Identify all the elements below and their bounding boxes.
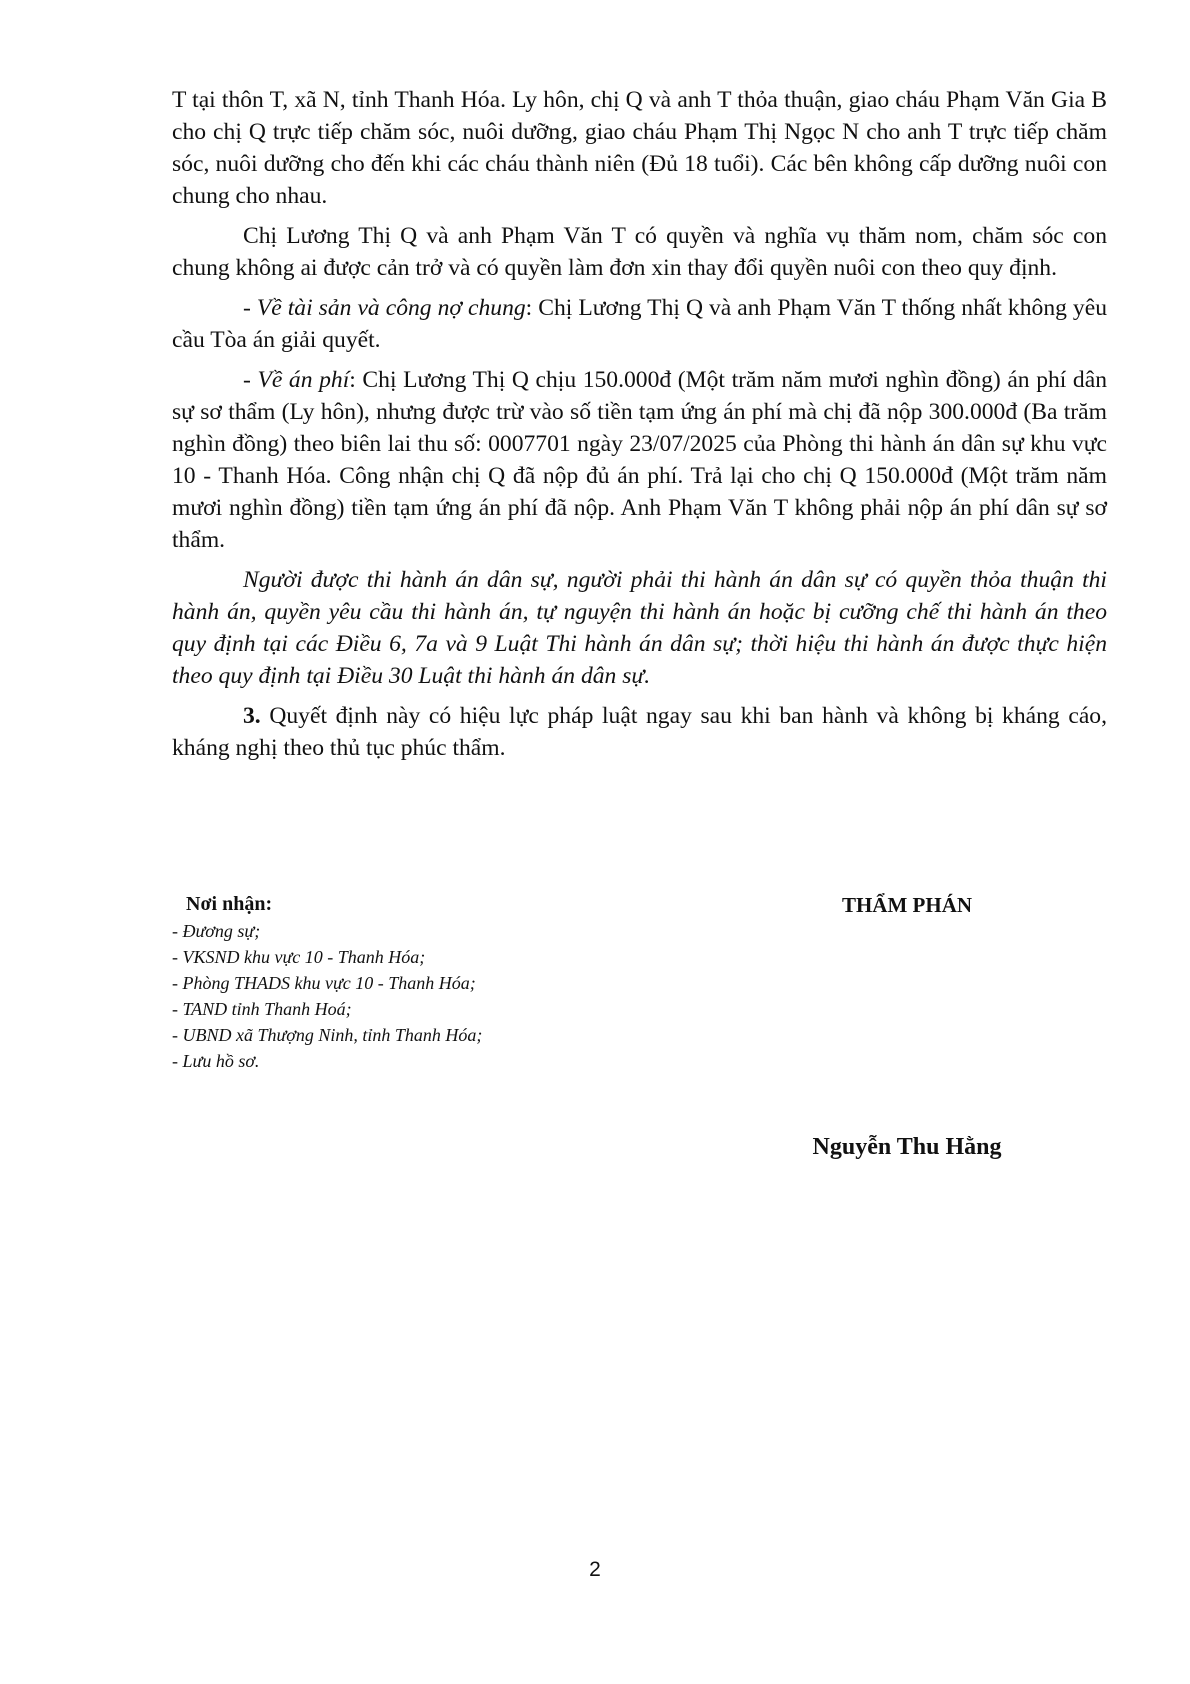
recipients-block: Nơi nhận: - Đương sự; - VKSND khu vực 10… (172, 890, 692, 1074)
recipient-item: - UBND xã Thượng Ninh, tỉnh Thanh Hóa; (172, 1022, 692, 1048)
paragraph-text: Quyết định này có hiệu lực pháp luật nga… (172, 703, 1107, 761)
paragraph-property-debts: - Về tài sản và công nợ chung: Chị Lương… (172, 292, 1107, 356)
recipient-item: - VKSND khu vực 10 - Thanh Hóa; (172, 944, 692, 970)
recipients-title: Nơi nhận: (172, 890, 692, 918)
page-number: 2 (0, 1556, 1190, 1584)
signer-role: THẨM PHÁN (757, 890, 1057, 920)
paragraph-custody: T tại thôn T, xã N, tỉnh Thanh Hóa. Ly h… (172, 84, 1107, 212)
recipients-list: - Đương sự; - VKSND khu vực 10 - Thanh H… (172, 918, 692, 1074)
paragraph-visitation-rights: Chị Lương Thị Q và anh Phạm Văn T có quy… (172, 220, 1107, 284)
document-body: T tại thôn T, xã N, tỉnh Thanh Hóa. Ly h… (172, 84, 1107, 772)
recipient-item: - Đương sự; (172, 918, 692, 944)
paragraph-court-fees: - Về án phí: Chị Lương Thị Q chịu 150.00… (172, 364, 1107, 556)
paragraph-text: Chị Lương Thị Q và anh Phạm Văn T có quy… (172, 223, 1107, 281)
paragraph-enforcement-note: Người được thi hành án dân sự, người phả… (172, 564, 1107, 692)
paragraph-effectiveness: 3. Quyết định này có hiệu lực pháp luật … (172, 700, 1107, 764)
recipient-item: - TAND tỉnh Thanh Hoá; (172, 996, 692, 1022)
paragraph-text: T tại thôn T, xã N, tỉnh Thanh Hóa. Ly h… (172, 87, 1107, 209)
paragraph-text: Người được thi hành án dân sự, người phả… (172, 567, 1107, 689)
paragraph-text: 3. (243, 703, 261, 729)
paragraph-text: : Chị Lương Thị Q chịu 150.000đ (Một tră… (172, 367, 1107, 553)
recipient-item: - Lưu hồ sơ. (172, 1048, 692, 1074)
document-page: T tại thôn T, xã N, tỉnh Thanh Hóa. Ly h… (0, 0, 1190, 1684)
signer-name: Nguyễn Thu Hằng (757, 1130, 1057, 1164)
paragraph-text: - Về án phí (243, 367, 349, 393)
recipient-item: - Phòng THADS khu vực 10 - Thanh Hóa; (172, 970, 692, 996)
paragraph-text: - Về tài sản và công nợ chung (243, 295, 526, 321)
